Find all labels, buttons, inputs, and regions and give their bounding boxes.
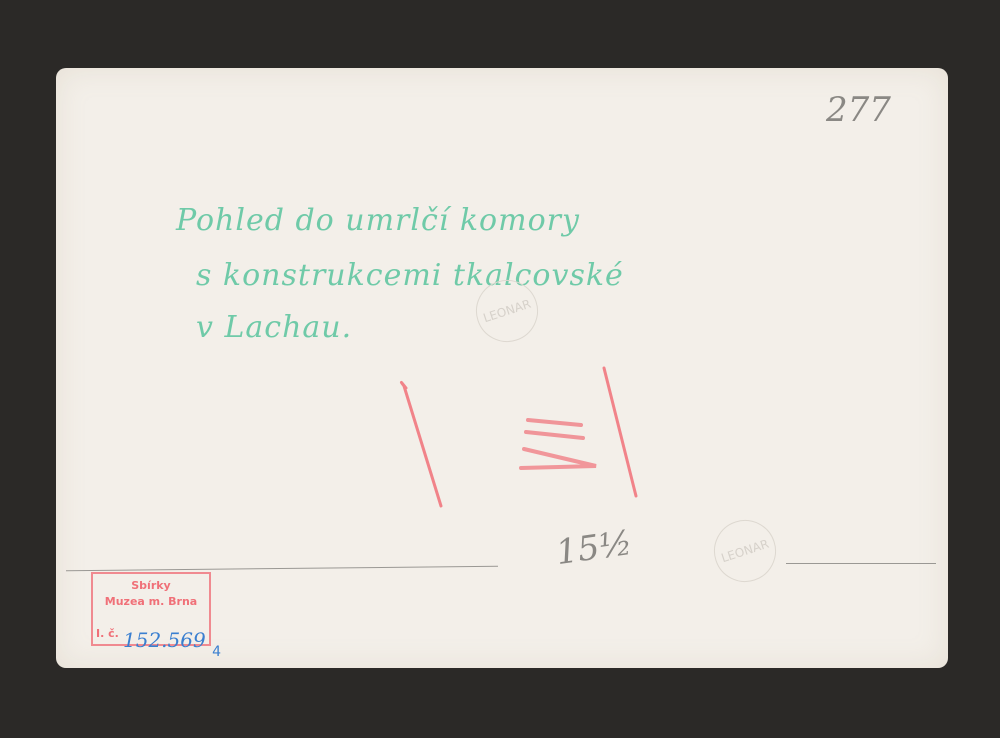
pencil-fraction-mark: 15½ — [554, 523, 635, 573]
inventory-number: 152.569 — [123, 632, 206, 648]
museum-stamp: Sbírky Muzea m. Brna I. č. 152.569 4 — [91, 572, 211, 646]
inventory-suffix: 4 — [212, 644, 221, 660]
leonar-ghost-stamp: LEONAR — [706, 512, 784, 590]
red-pencil-mark-icon — [386, 358, 646, 508]
pencil-rule-right — [786, 563, 936, 564]
stamp-line-1: Sbírky — [93, 578, 209, 594]
catalog-number: 277 — [826, 90, 891, 130]
stamp-line-2: Muzea m. Brna — [93, 594, 209, 610]
inscription-line-2: s konstrukcemi tkalcovské — [196, 258, 624, 293]
photo-card-back: 277 Pohled do umrlčí komory s konstrukce… — [56, 68, 948, 668]
inventory-label: I. č. — [96, 626, 119, 642]
inscription-line-3: v Lachau. — [196, 310, 352, 345]
inscription-line-1: Pohled do umrlčí komory — [176, 203, 580, 238]
pencil-rule-left — [66, 566, 498, 572]
